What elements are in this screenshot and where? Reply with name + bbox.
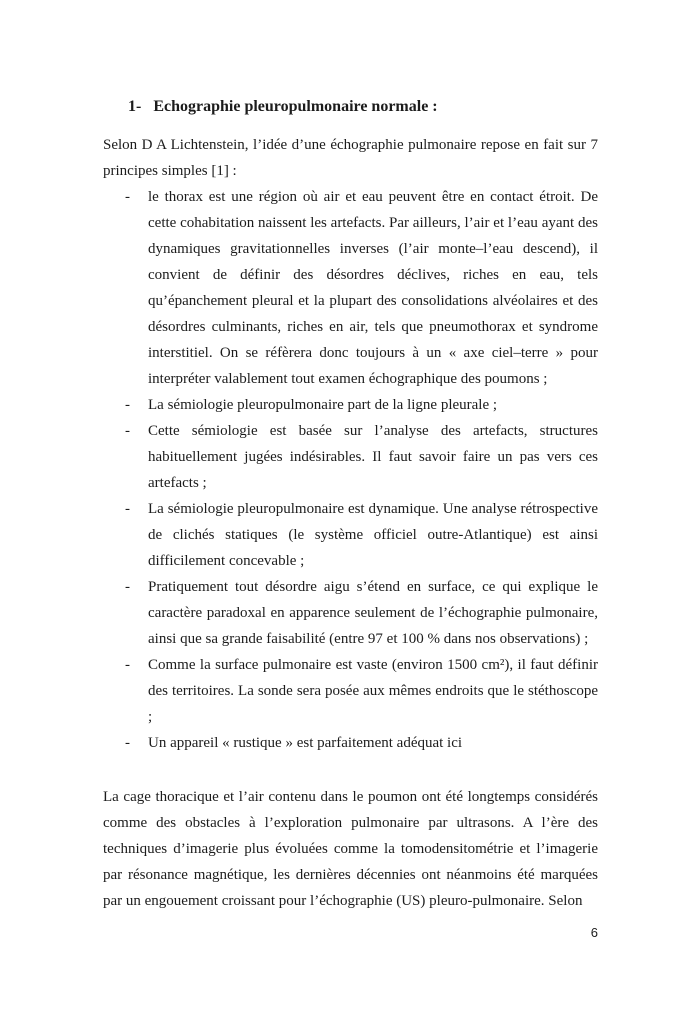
list-item: - Comme la surface pulmonaire est vaste … xyxy=(103,652,598,730)
section-number: 1- xyxy=(128,98,141,115)
dash-marker: - xyxy=(125,418,130,444)
page-number: 6 xyxy=(591,924,598,942)
list-item: - La sémiologie pleuropulmonaire est dyn… xyxy=(103,496,598,574)
list-item: - Pratiquement tout désordre aigu s’éten… xyxy=(103,574,598,652)
dash-marker: - xyxy=(125,496,130,522)
section-title: Echographie pleuropulmonaire normale : xyxy=(153,98,437,115)
dash-marker: - xyxy=(125,574,130,600)
dash-marker: - xyxy=(125,730,130,756)
list-item-text: La sémiologie pleuropulmonaire part de l… xyxy=(148,392,598,418)
intro-paragraph: Selon D A Lichtenstein, l’idée d’une éch… xyxy=(103,132,598,184)
dash-marker: - xyxy=(125,184,130,210)
list-item: - La sémiologie pleuropulmonaire part de… xyxy=(103,392,598,418)
list-item-text: Cette sémiologie est basée sur l’analyse… xyxy=(148,418,598,496)
principles-list: - le thorax est une région où air et eau… xyxy=(103,184,598,756)
list-item-text: Pratiquement tout désordre aigu s’étend … xyxy=(148,574,598,652)
dash-marker: - xyxy=(125,392,130,418)
list-item-text: le thorax est une région où air et eau p… xyxy=(148,184,598,392)
list-item-text: Comme la surface pulmonaire est vaste (e… xyxy=(148,652,598,730)
section-heading: 1-Echographie pleuropulmonaire normale : xyxy=(128,94,598,120)
list-item: - Un appareil « rustique » est parfaitem… xyxy=(103,730,598,756)
list-item: - Cette sémiologie est basée sur l’analy… xyxy=(103,418,598,496)
list-item-text: Un appareil « rustique » est parfaitemen… xyxy=(148,730,598,756)
list-item: - le thorax est une région où air et eau… xyxy=(103,184,598,392)
document-page: 1-Echographie pleuropulmonaire normale :… xyxy=(0,0,700,1028)
dash-marker: - xyxy=(125,652,130,678)
closing-paragraph: La cage thoracique et l’air contenu dans… xyxy=(103,784,598,914)
list-item-text: La sémiologie pleuropulmonaire est dynam… xyxy=(148,496,598,574)
